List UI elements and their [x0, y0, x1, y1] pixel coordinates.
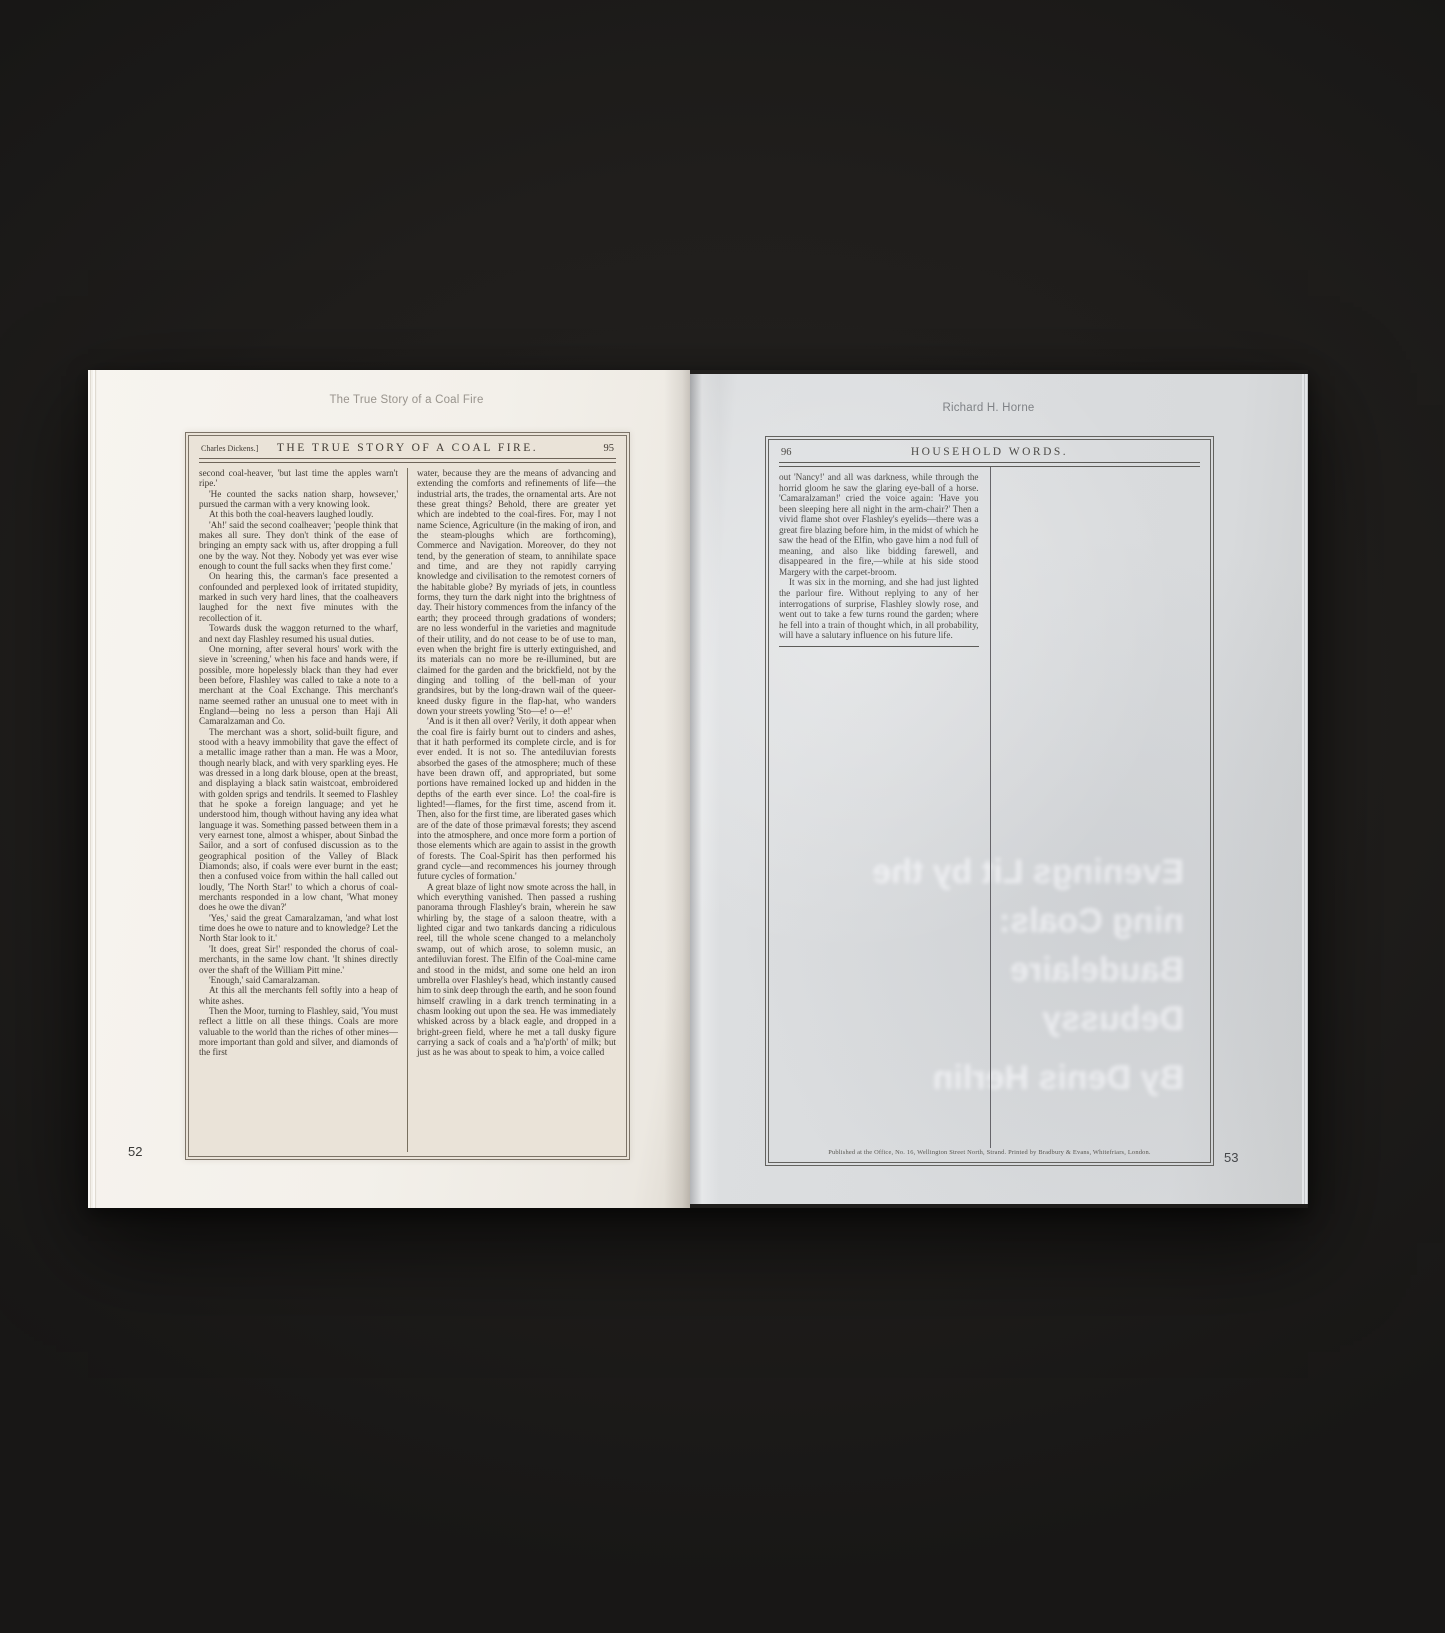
left-running-header: The True Story of a Coal Fire [185, 394, 628, 406]
right-page-number: 53 [1224, 1150, 1238, 1165]
facsimile-header-title: THE TRUE STORY OF A COAL FIRE. [273, 442, 542, 454]
facsimile-column-2: water, because they are the means of adv… [407, 468, 616, 1152]
facsimile-column-1: second coal-heaver, 'but last time the a… [199, 468, 407, 1152]
facsimile-column-1: out 'Nancy!' and all was darkness, while… [779, 472, 979, 647]
right-running-header: Richard H. Horne [765, 402, 1212, 414]
right-facsimile-page: 96 HOUSEHOLD WORDS. out 'Nancy!' and all… [765, 436, 1214, 1166]
left-facsimile-border: Charles Dickens.] THE TRUE STORY OF A CO… [188, 435, 627, 1157]
right-facsimile-border: 96 HOUSEHOLD WORDS. out 'Nancy!' and all… [768, 439, 1211, 1163]
left-facsimile-page: Charles Dickens.] THE TRUE STORY OF A CO… [185, 432, 630, 1160]
left-facsimile-header: Charles Dickens.] THE TRUE STORY OF A CO… [189, 436, 626, 456]
right-facsimile-content: out 'Nancy!' and all was darkness, while… [769, 467, 1210, 1162]
left-page-number: 52 [128, 1144, 142, 1159]
right-facsimile-header: 96 HOUSEHOLD WORDS. [769, 440, 1210, 460]
article-ending-text: out 'Nancy!' and all was darkness, while… [779, 472, 979, 641]
end-of-article-rule [779, 646, 979, 647]
facsimile-header-pageno: 96 [781, 447, 853, 458]
column-divider-rule [990, 467, 991, 1148]
facsimile-header-pageno: 95 [542, 443, 614, 454]
left-facsimile-columns: second coal-heaver, 'but last time the a… [189, 463, 626, 1156]
publisher-imprint: Published at the Office, No. 16, Welling… [769, 1148, 1210, 1159]
right-page: Richard H. Horne Evenings Lit by thening… [690, 374, 1308, 1204]
facsimile-header-author: Charles Dickens.] [201, 444, 273, 453]
facsimile-header-journal: HOUSEHOLD WORDS. [853, 446, 1126, 458]
left-page: The True Story of a Coal Fire Charles Di… [88, 370, 690, 1208]
book-spread-photo: The True Story of a Coal Fire Charles Di… [88, 370, 1308, 1208]
